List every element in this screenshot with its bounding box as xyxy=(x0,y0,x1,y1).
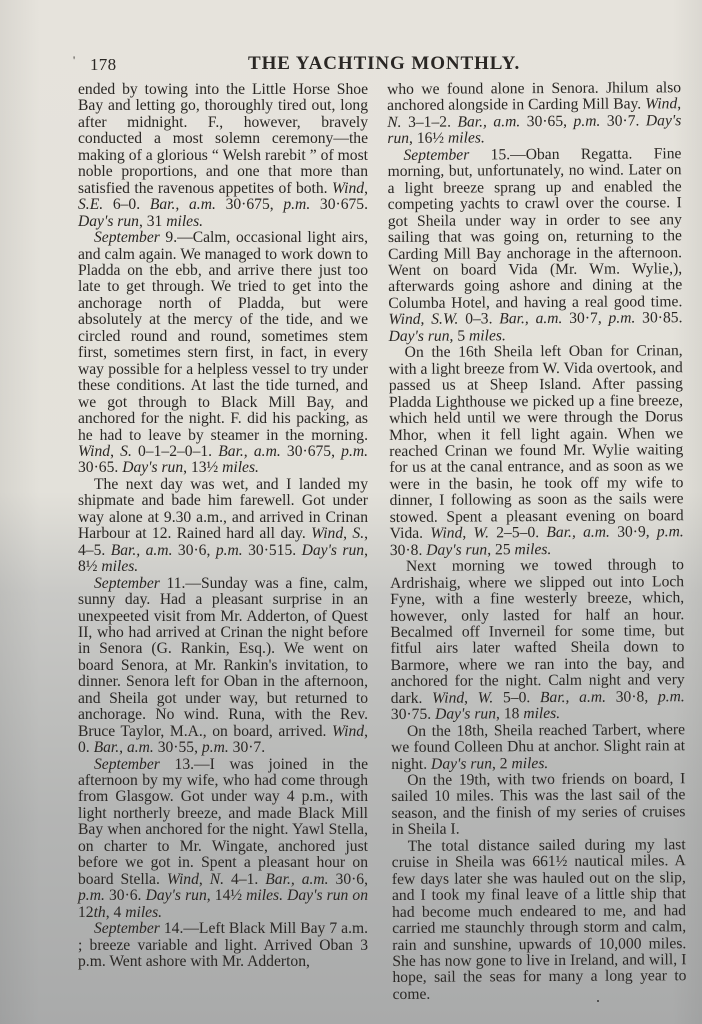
italic-text: miles. xyxy=(514,541,551,558)
paragraph: September 11.—Sunday was a fine, calm, s… xyxy=(78,576,368,757)
italic-text: Wind xyxy=(332,723,364,740)
paragraph: September 13.—I was joined in the aftern… xyxy=(78,757,368,922)
italic-text: Bar., a.m. xyxy=(218,443,280,460)
italic-text: Wind xyxy=(388,311,420,328)
italic-text: Wind xyxy=(432,689,464,706)
italic-text: miles. xyxy=(448,130,485,147)
body-text: 30·675. xyxy=(310,196,368,213)
paragraph: On the 19th, with two friends on board, … xyxy=(391,771,685,839)
body-text: 9.—Calm, occasional light airs, and calm… xyxy=(78,229,368,443)
body-text: On the 19th, with two friends on board, … xyxy=(391,770,685,838)
page-gutter-shadow xyxy=(0,0,40,1024)
body-text: 30·6, xyxy=(172,542,215,559)
italic-text: p.m. xyxy=(341,443,368,460)
body-text: ended by towing into the Little Horse Sh… xyxy=(78,81,368,197)
italic-text: Wind xyxy=(430,525,462,542)
scan-speck xyxy=(597,1000,599,1002)
italic-text: Wind xyxy=(311,525,343,542)
running-title: THE YACHTING MONTHLY. xyxy=(248,53,520,75)
body-text: , 4 xyxy=(106,904,126,921)
paragraph: On the 18th, Sheila reached Tarbert, whe… xyxy=(391,722,685,773)
body-text: , xyxy=(364,180,368,197)
body-text: 30·85. xyxy=(635,310,682,327)
body-text: 3–1–2. xyxy=(402,113,458,130)
body-text: 0–1–2–0–1. xyxy=(132,443,218,460)
right-column: who we found alone in Senora. Jhilum als… xyxy=(387,80,687,1003)
body-text: 30·9, xyxy=(610,524,657,541)
body-text: 30·55, xyxy=(154,739,202,756)
body-text: 30·65, xyxy=(520,113,573,130)
italic-text: Bar., a.m. xyxy=(457,113,520,130)
italic-text: Bar., a.m. xyxy=(111,542,173,559)
body-text: 30·7. xyxy=(600,112,646,129)
body-text: , 14½ xyxy=(207,887,246,904)
body-text: The total distance sailed during my last… xyxy=(392,836,687,1003)
body-text: 30·675, xyxy=(281,443,341,460)
body-text: 30·8, xyxy=(606,688,658,705)
italic-text: miles. xyxy=(523,705,560,722)
paragraph: On the 16th Sheila left Oban for Crinan,… xyxy=(389,343,684,559)
italic-text: p.m. xyxy=(573,113,600,130)
body-text: , xyxy=(199,871,210,888)
italic-text: Bar., a.m. xyxy=(540,688,606,705)
italic-text: Wind xyxy=(167,871,199,888)
italic-text: Day's run xyxy=(389,327,450,344)
body-text: 30·7, xyxy=(562,310,608,327)
body-text: 30·515. xyxy=(243,542,302,559)
body-text: , 25 xyxy=(487,541,514,558)
italic-text: miles. xyxy=(125,904,162,921)
body-text: , 31 xyxy=(139,213,166,230)
body-text: , xyxy=(677,96,681,113)
paragraph: The total distance sailed during my last… xyxy=(392,837,687,1003)
italic-text: p.m. xyxy=(608,310,635,327)
body-text: , 2 xyxy=(492,755,512,772)
body-text: 30·7. xyxy=(229,739,265,756)
paragraph: The next day was wet, and I landed my sh… xyxy=(78,477,368,576)
body-text: 4–1. xyxy=(224,871,265,888)
body-text: 5–0. xyxy=(493,689,540,706)
body-text: , xyxy=(420,311,431,328)
italic-text: th xyxy=(94,904,106,921)
margin-mark: ' xyxy=(73,53,75,68)
body-text: 0–3. xyxy=(458,311,499,328)
body-text: 12 xyxy=(78,904,94,921)
paragraph: September 14.—Left Black Mill Bay 7 a.m.… xyxy=(78,921,368,970)
italic-text: Wind xyxy=(78,443,110,460)
paragraph: Next morning we towed through to Ardrish… xyxy=(390,557,685,723)
italic-text: N. xyxy=(387,114,401,131)
italic-text: p.m. xyxy=(78,887,105,904)
italic-text: Day's run xyxy=(426,541,487,558)
italic-text: Wind xyxy=(332,180,364,197)
body-text: 2–5–0. xyxy=(489,524,546,541)
italic-text: Day's run xyxy=(431,755,492,772)
page-number: 178 xyxy=(90,55,116,75)
italic-text: p.m. xyxy=(202,739,229,756)
italic-text: September xyxy=(403,146,469,163)
body-text: On the 16th Sheila left Oban for Crinan,… xyxy=(389,342,684,542)
body-text: , xyxy=(110,443,120,460)
italic-text: p.m. xyxy=(216,542,243,559)
page-header: ' 178 THE YACHTING MONTHLY. xyxy=(80,53,625,77)
italic-text: Day's run on xyxy=(287,887,368,904)
italic-text: S. xyxy=(352,525,364,542)
body-text: 30·65. xyxy=(78,459,122,476)
italic-text: Day's run xyxy=(122,459,183,476)
italic-text: September xyxy=(94,920,160,937)
italic-text: S.W. xyxy=(431,311,458,328)
paragraph: September 9.—Calm, occasional light airs… xyxy=(78,230,368,477)
italic-text: September xyxy=(94,229,160,246)
italic-text: W. xyxy=(473,525,489,542)
italic-text: S. xyxy=(120,443,132,460)
italic-text: Bar., a.m. xyxy=(546,524,610,541)
italic-text: Bar., a.m. xyxy=(94,739,154,756)
body-text: 15.—Oban Regatta. Fine morning, but, unf… xyxy=(387,145,682,312)
italic-text: Day's run xyxy=(302,542,364,559)
body-text: , 5 xyxy=(449,327,469,344)
body-text: 11.—Sunday was a fine, calm, sunny day. … xyxy=(78,575,368,740)
body-text: 30·675, xyxy=(216,196,284,213)
italic-text: W. xyxy=(478,689,494,706)
italic-text: miles. xyxy=(101,558,138,575)
body-text: , xyxy=(464,689,478,706)
italic-text: Bar., a.m. xyxy=(499,310,562,327)
body-text: , xyxy=(462,525,473,542)
body-text: who we found alone in Senora. Jhilum als… xyxy=(387,79,681,114)
body-text: , 16½ xyxy=(409,130,448,147)
italic-text: Day's run xyxy=(78,213,139,230)
italic-text: Day's run xyxy=(435,706,496,723)
italic-text: p.m. xyxy=(658,688,685,705)
paragraph: who we found alone in Senora. Jhilum als… xyxy=(387,80,681,148)
italic-text: Bar., a.m. xyxy=(150,196,216,213)
italic-text: Bar., a.m. xyxy=(265,871,328,888)
italic-text: miles. xyxy=(511,755,548,772)
italic-text: miles. xyxy=(469,327,506,344)
italic-text: S.E. xyxy=(78,196,103,213)
body-text: 30·75. xyxy=(391,706,435,723)
italic-text: miles. xyxy=(246,887,283,904)
italic-text: miles. xyxy=(166,213,203,230)
body-text: 30·8. xyxy=(390,541,426,558)
italic-text: Day's run xyxy=(146,887,207,904)
body-text: 30·6. xyxy=(105,887,146,904)
italic-text: miles. xyxy=(222,459,259,476)
italic-text: N. xyxy=(210,871,224,888)
paragraph: September 15.—Oban Regatta. Fine morning… xyxy=(387,146,682,345)
italic-text: September xyxy=(94,756,160,773)
paragraph: ended by towing into the Little Horse Sh… xyxy=(78,82,368,230)
italic-text: p.m. xyxy=(657,523,684,540)
italic-text: p.m. xyxy=(283,196,310,213)
body-text: 6–0. xyxy=(103,196,150,213)
italic-text: Wind xyxy=(645,96,677,113)
italic-text: September xyxy=(94,575,160,592)
body-text: , 13½ xyxy=(183,459,222,476)
body-text: 13.—I was joined in the afternoon by my … xyxy=(78,756,368,888)
body-text: 30·6, xyxy=(329,871,368,888)
body-text: , 18 xyxy=(496,705,523,722)
body-text: Next morning we towed through to Ardrish… xyxy=(390,556,685,706)
left-column: ended by towing into the Little Horse Sh… xyxy=(78,82,368,970)
